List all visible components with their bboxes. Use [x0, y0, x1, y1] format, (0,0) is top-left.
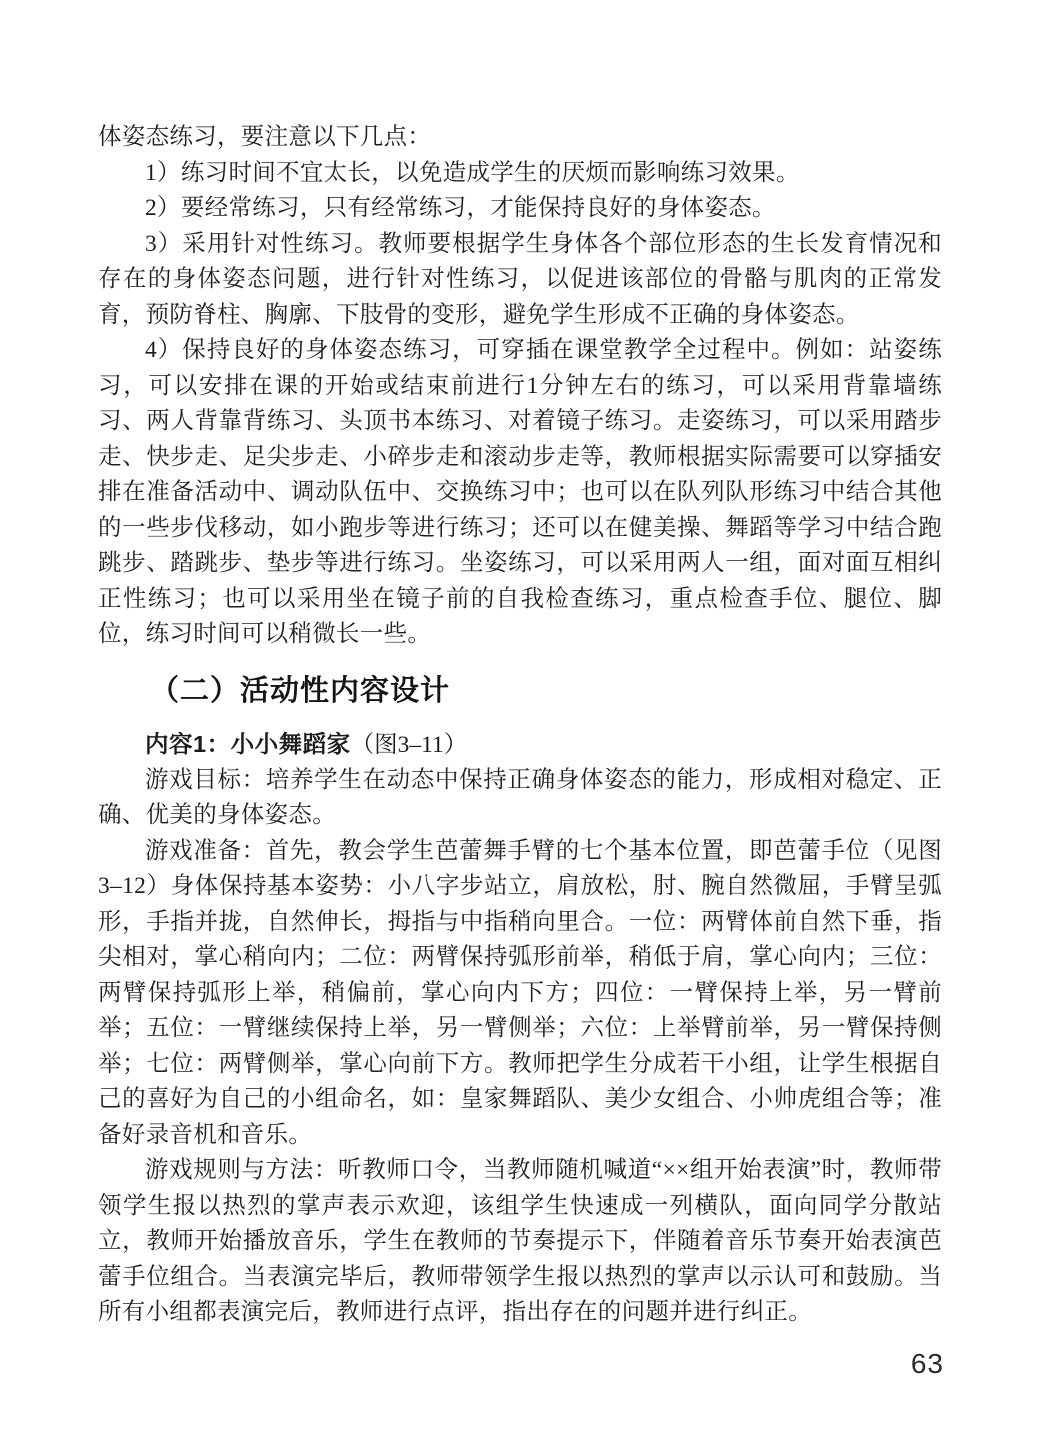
- content-label: 内容1：小小舞蹈家: [145, 731, 351, 757]
- page-number: 63: [911, 1348, 944, 1380]
- numbered-item-3: 3）采用针对性练习。教师要根据学生身体各个部位形态的生长发育情况和存在的身体姿态…: [98, 227, 942, 334]
- paragraph-game-goal: 游戏目标：培养学生在动态中保持正确身体姿态的能力，形成相对稳定、正确、优美的身体…: [98, 763, 942, 834]
- page-content: 体姿态练习，要注意以下几点： 1）练习时间不宜太长，以免造成学生的厌烦而影响练习…: [98, 120, 942, 1331]
- paragraph-posture-intro: 体姿态练习，要注意以下几点：: [98, 120, 942, 156]
- paragraph-game-preparation: 游戏准备：首先，教会学生芭蕾舞手臂的七个基本位置，即芭蕾手位（见图3–12）身体…: [98, 834, 942, 1154]
- numbered-item-1: 1）练习时间不宜太长，以免造成学生的厌烦而影响练习效果。: [98, 156, 942, 192]
- book-page: 体姿态练习，要注意以下几点： 1）练习时间不宜太长，以免造成学生的厌烦而影响练习…: [0, 0, 1038, 1452]
- numbered-item-2: 2）要经常练习，只有经常练习，才能保持良好的身体姿态。: [98, 191, 942, 227]
- paragraph-game-rules: 游戏规则与方法：听教师口令，当教师随机喊道“××组开始表演”时，教师带领学生报以…: [98, 1153, 942, 1331]
- section-heading: （二）活动性内容设计: [98, 670, 942, 713]
- numbered-item-4: 4）保持良好的身体姿态练习，可穿插在课堂教学全过程中。例如：站姿练习，可以安排在…: [98, 333, 942, 653]
- content-title-line: 内容1：小小舞蹈家（图3–11）: [98, 726, 942, 763]
- figure-reference: （图3–11）: [351, 732, 468, 758]
